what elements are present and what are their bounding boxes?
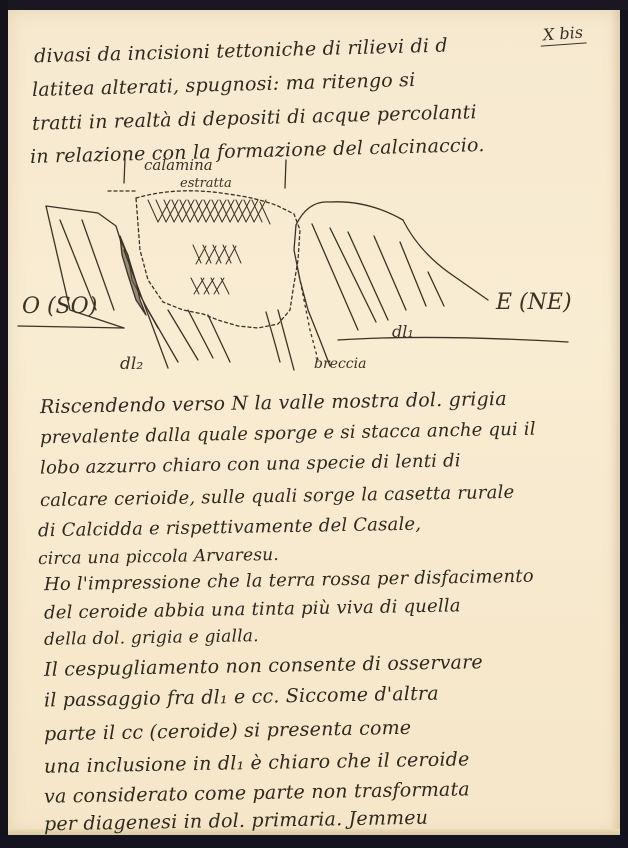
handwritten-line: prevalente dalla quale sporge e si stacc… xyxy=(40,419,536,449)
handwritten-line: calcare cerioide, sulle quali sorge la c… xyxy=(40,482,515,511)
scan-border-top xyxy=(0,0,628,10)
handwritten-line: della dol. grigia e gialla. xyxy=(44,626,259,650)
handwritten-line: va considerato come parte non trasformat… xyxy=(44,778,470,807)
sketch-label-extracted: estratta xyxy=(180,176,232,191)
sketch-label-breccia: breccia xyxy=(314,356,366,372)
handwritten-line: Riscendendo verso N la valle mostra dol.… xyxy=(40,388,507,418)
sketch-label-calamine: calamina xyxy=(144,156,213,174)
handwritten-line: Il cespugliamento non consente di osserv… xyxy=(44,651,483,681)
sketch-label-dl2: dl₂ xyxy=(120,354,143,374)
handwritten-line: il passaggio fra dl₁ e cc. Siccome d'alt… xyxy=(44,683,439,712)
handwritten-line: del ceroide abbia una tinta più viva di … xyxy=(44,595,461,623)
folio-number: X bis xyxy=(539,22,586,46)
handwritten-line: tratti in realtà di depositi di acque pe… xyxy=(32,101,477,135)
page-edge-shadow xyxy=(610,10,620,835)
sketch-label-dl1: dl₁ xyxy=(392,322,414,341)
sketch-label-east: E (NE) xyxy=(496,290,572,315)
handwritten-line: Ho l'impressione che la terra rossa per … xyxy=(44,566,534,596)
handwritten-line: di Calcidda e rispettivamente del Casale… xyxy=(38,514,422,542)
scan-border-left xyxy=(0,0,8,848)
handwritten-line: latitea alterati, spugnosi: ma ritengo s… xyxy=(32,69,416,101)
handwritten-line: divasi da incisioni tettoniche di riliev… xyxy=(34,35,448,68)
notebook-page: X bis divasi da incisioni tettoniche di … xyxy=(8,10,620,835)
sketch-label-west: O (SO) xyxy=(22,294,97,319)
handwritten-line: parte il cc (ceroide) si presenta come xyxy=(44,717,412,745)
handwritten-line: una inclusione in dl₁ è chiaro che il ce… xyxy=(44,748,470,777)
scan-border-bottom xyxy=(0,834,628,848)
handwritten-line: circa una piccola Arvaresu. xyxy=(38,545,279,569)
handwritten-line: lobo azzurro chiaro con una specie di le… xyxy=(40,450,461,478)
handwritten-line: in relazione con la formazione del calci… xyxy=(30,134,485,168)
